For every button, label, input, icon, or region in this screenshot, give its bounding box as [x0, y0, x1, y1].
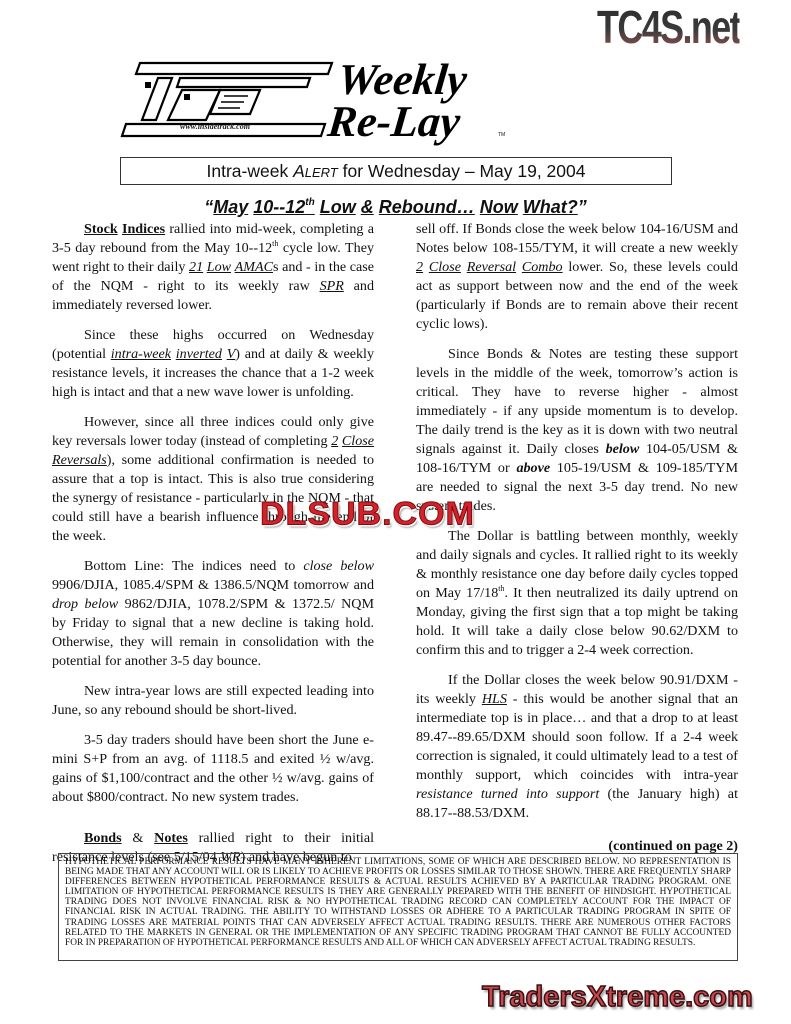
emphasis: close below	[303, 558, 374, 574]
term-link: Reversals	[52, 452, 107, 468]
text: Bottom Line: The indices need to	[84, 558, 303, 574]
term-stock: Stock	[84, 221, 118, 237]
logo-url: www.insidetrack.com	[180, 122, 250, 131]
right-column: sell off. If Bonds close the week below …	[416, 220, 738, 867]
alert-suffix: for Wednesday – May 19, 2004	[338, 161, 586, 181]
term-link: HLS	[482, 691, 507, 707]
dlsub-watermark: DLSUB.COM	[260, 497, 475, 531]
paragraph-dollar-closes: If the Dollar closes the week below 90.9…	[416, 671, 738, 823]
text: However, since all three indices could o…	[52, 414, 374, 449]
term-link: V	[227, 346, 236, 362]
emphasis: drop below	[52, 596, 118, 612]
headline: “May 10--12th Low & Rebound… Now What?”	[0, 196, 791, 218]
headline-word: Low	[320, 197, 356, 217]
paragraph-traders: 3-5 day traders should have been short t…	[52, 731, 374, 807]
paragraph-highs: Since these highs occurred on Wednesday …	[52, 326, 374, 402]
insidetrack-logo: www.insidetrack.com Weekly Re-Lay TM	[120, 60, 510, 150]
tc4s-watermark: TC4S.net	[597, 2, 740, 52]
text: &	[122, 830, 155, 846]
headline-word: May	[213, 197, 248, 217]
tradersxtreme-watermark: TradersXtreme.com	[482, 980, 753, 1014]
term-link: SPR	[320, 278, 344, 294]
logo-title-relay: Re-Lay	[326, 100, 463, 144]
term-notes: Notes	[154, 830, 188, 846]
paragraph-dollar: The Dollar is battling between monthly, …	[416, 527, 738, 660]
text: sell off. If Bonds close the week below …	[416, 221, 738, 256]
alert-rest: LERT	[305, 165, 338, 180]
headline-word: 10--12th	[253, 197, 314, 217]
logo-title-weekly: Weekly	[336, 58, 469, 102]
headline-date: 10--12	[253, 197, 305, 217]
close-quote: ”	[578, 197, 587, 217]
emphasis: below	[606, 441, 640, 457]
emphasis: resistance turned into support	[416, 786, 599, 802]
term-link: Close	[429, 259, 461, 275]
alert-banner: Intra-week ALERT for Wednesday – May 19,…	[120, 157, 672, 185]
emphasis: above	[516, 460, 550, 476]
headline-word: Now	[480, 197, 518, 217]
term-link: Combo	[522, 259, 563, 275]
text: 9906/DJIA, 1085.4/SPM & 1386.5/NQM tomor…	[52, 577, 374, 593]
paragraph-new-lows: New intra-year lows are still expected l…	[52, 682, 374, 720]
term-link: Reversal	[467, 259, 516, 275]
term-bonds: Bonds	[84, 830, 122, 846]
term-link: 21	[189, 259, 203, 275]
headline-sup: th	[305, 197, 314, 208]
left-column: Stock Indices rallied into mid-week, com…	[52, 220, 374, 878]
open-quote: “	[204, 197, 213, 217]
headline-word: What?	[523, 197, 578, 217]
headline-word: Rebound…	[379, 197, 475, 217]
alert-word: ALERT	[293, 161, 338, 181]
term-indices: Indices	[122, 221, 165, 237]
paragraph-stock-indices: Stock Indices rallied into mid-week, com…	[52, 220, 374, 315]
term-link: 2	[331, 433, 338, 449]
term-link: Low	[207, 259, 231, 275]
headline-word: &	[361, 197, 374, 217]
text: lower. So, these levels could act as sup…	[416, 259, 738, 332]
trademark: TM	[498, 132, 505, 138]
term-link: 2	[416, 259, 423, 275]
paragraph-bonds-testing: Since Bonds & Notes are testing these su…	[416, 345, 738, 516]
term-link: inverted	[176, 346, 222, 362]
term-link: intra-week	[111, 346, 171, 362]
alert-a: A	[293, 161, 305, 181]
term-link: Close	[342, 433, 374, 449]
paragraph-sell-off: sell off. If Bonds close the week below …	[416, 220, 738, 334]
alert-prefix: Intra-week	[207, 161, 294, 181]
disclaimer-box: HYPOTHETICAL PERFORMANCE RESULTS HAVE MA…	[58, 853, 738, 961]
term-link: AMAC	[235, 259, 273, 275]
paragraph-bottom-line: Bottom Line: The indices need to close b…	[52, 557, 374, 671]
